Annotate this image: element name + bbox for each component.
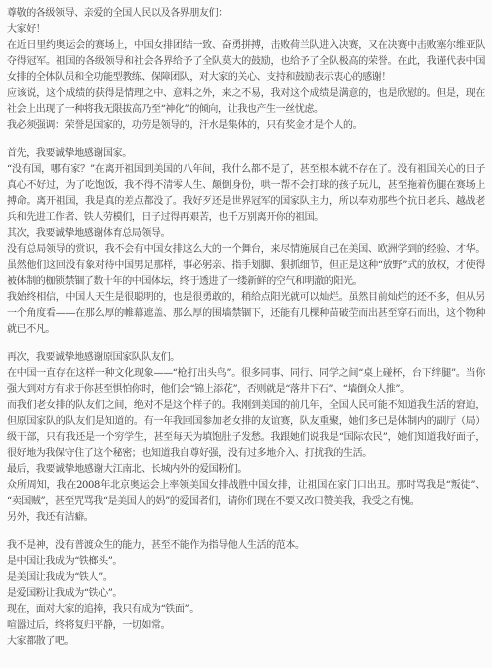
para-not-a-god: 我不是神，没有普渡众生的能力，甚至不能作为指导他人生活的范本。 — [7, 538, 485, 554]
heading-thanks-country: 首先，我要诚挚地感谢国家。 — [7, 146, 485, 162]
para-emphasis: 我必须强调：荣誉是国家的，功劳是领导的，汗水是集体的，只有奖金才是个人的。 — [7, 118, 485, 134]
para-thanks-sport-bureau: 没有总局领导的赏识，我不会有中国女排这么大的一个舞台，来尽情施展自己在美国、欧洲… — [7, 242, 485, 290]
line-iron-man: 是美国让我成为“铁人”。 — [7, 570, 485, 586]
line-iron-heart: 是爱国粉让我成为“铁心”。 — [7, 586, 485, 602]
line-disperse: 大家都散了吧。 — [7, 634, 485, 650]
heading-thanks-teammates: 再次，我要诚挚地感谢原国家队队友们。 — [7, 350, 485, 366]
para-olympic-victory: 在近日里约奥运会的赛场上，中国女排团结一致、奋勇拼搏，击败荷兰队进入决赛，又在决… — [7, 38, 485, 86]
para-2008-olympics: 众所周知，我在2008年北京奥运会上率领美国女排战胜中国女排，让祖国在家门口出丑… — [7, 478, 485, 510]
line-iron-face: 现在，面对大家的追捧，我只有成为“铁面”。 — [7, 602, 485, 618]
para-sunshine-metaphor: 我始终相信，中国人天生是很聪明的，也是很勇敢的，稍给点阳光就可以灿烂。虽然目前灿… — [7, 290, 485, 338]
line-return-to-calm: 喧嚣过后，终将复归平静，一切如常。 — [7, 618, 485, 634]
letter-document: 尊敬的各级领导、亲爱的全国人民以及各界朋友们： 大家好！ 在近日里约奥运会的赛场… — [0, 0, 492, 668]
para-culture-phenomenon: 在中国一直存在这样一种文化现象——“枪打出头鸟”。很多同事、同行、同学之间“桌上… — [7, 366, 485, 398]
para-achievement-worry: 应该说，这个成绩的获得是情理之中、意料之外，来之不易，我对这个成绩是满意的，也是… — [7, 86, 485, 118]
line-iron-hammer: 是中国让我成为“铁榔头”。 — [7, 554, 485, 570]
heading-thanks-patriot-fans: 最后，我要诚挚地感谢大江南北、长城内外的爱国粉们。 — [7, 462, 485, 478]
letter-greeting: 大家好！ — [7, 22, 485, 38]
letter-salutation: 尊敬的各级领导、亲爱的全国人民以及各界朋友们： — [7, 6, 485, 22]
heading-thanks-sport-bureau: 其次，我要诚挚地感谢体育总局领导。 — [7, 226, 485, 242]
para-old-teammates: 而我们老女排的队友们之间，绝对不是这个样子的。我刚到美国的前几年，全国人民可能不… — [7, 398, 485, 462]
para-thanks-country: “没有国，哪有家？”在离开祖国到美国的八年间，我什么都不是了，甚至根本就不存在了… — [7, 162, 485, 226]
para-cleanliness: 另外，我还有洁癖。 — [7, 510, 485, 526]
